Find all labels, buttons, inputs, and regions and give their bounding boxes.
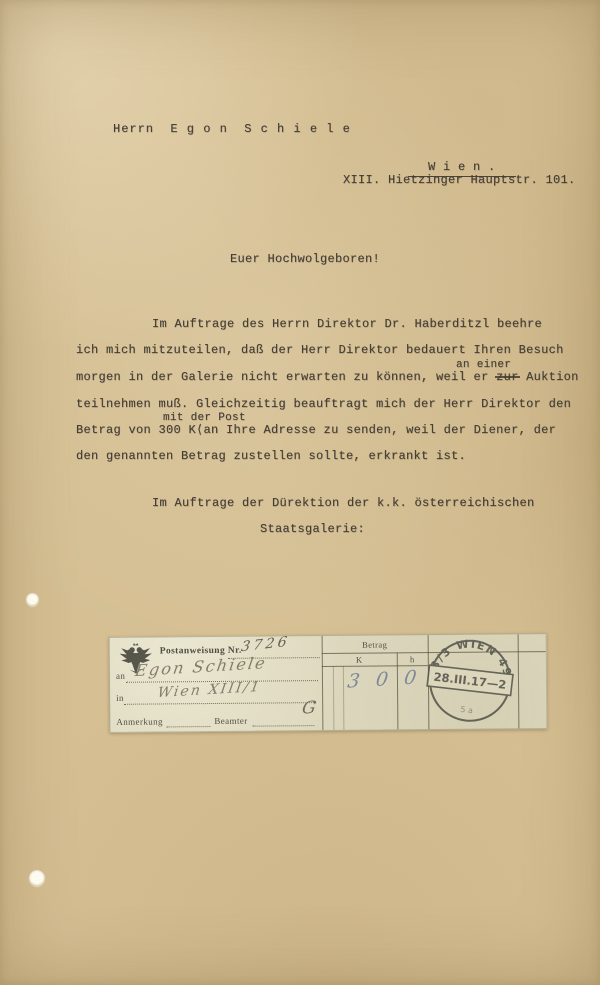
leader-line [166, 725, 210, 727]
punch-hole-top [26, 593, 39, 606]
handwritten-order-number: 3726 [240, 634, 291, 655]
heller-column-header: h [397, 654, 428, 664]
kronen-column-header: K [322, 654, 397, 665]
body-line-2: ich mich mitzuteilen, daß der Herr Direk… [76, 344, 564, 357]
in-label: in [116, 693, 124, 703]
postmark-bottom-text: 5 a [460, 705, 474, 715]
handwritten-clerk-initial: G [301, 698, 318, 719]
punch-hole-bottom [29, 870, 45, 886]
closing-line-1: Im Auftrage der Dürektion der k.k. öster… [152, 497, 535, 510]
body-line-5: Betrag von 300 K⟨an Ihre Adresse zu send… [76, 424, 556, 437]
address-line: XIII. Hietzinger Hauptstr. 101. [343, 174, 576, 187]
handwritten-recipient: Egon Schiele [134, 653, 268, 680]
recipient-line: Herrn E g o n S c h i e l e [113, 123, 351, 136]
leader-line [124, 701, 316, 705]
betrag-header: Betrag [322, 639, 428, 650]
body-line-4: teilnehmen muß. Gleichzeitig beauftragt … [76, 398, 571, 411]
salutation: Euer Hochwolgeboren! [230, 253, 380, 266]
body-line-3: morgen in der Galerie nicht erwarten zu … [76, 371, 579, 384]
an-label: an [116, 671, 125, 681]
body-line-3-post: Auktion [519, 370, 579, 384]
body-line-3-pre: morgen in der Galerie nicht erwarten zu … [76, 370, 496, 384]
closing-line-2: Staatsgalerie: [260, 523, 365, 536]
body-line-6: den genannten Betrag zustellen sollte, e… [76, 450, 466, 463]
leader-line [252, 724, 314, 727]
table-divider-thin [343, 666, 345, 730]
letter-page: Herrn E g o n S c h i e l e W i e n . XI… [0, 0, 600, 985]
postmark-stamp: 3/3 WIEN 49 28.III.17—2 5 a [421, 632, 518, 729]
anmerkung-label: Anmerkung [116, 716, 163, 726]
body-line-1: Im Auftrage des Herrn Direktor Dr. Haber… [152, 318, 542, 331]
beamter-label: Beamter [214, 716, 247, 726]
struck-word: zur [496, 370, 519, 384]
table-divider-thin [333, 666, 335, 730]
table-divider [322, 636, 324, 730]
postal-receipt: Postanweisung Nr. 3726 an Egon Schiele i… [109, 633, 548, 733]
